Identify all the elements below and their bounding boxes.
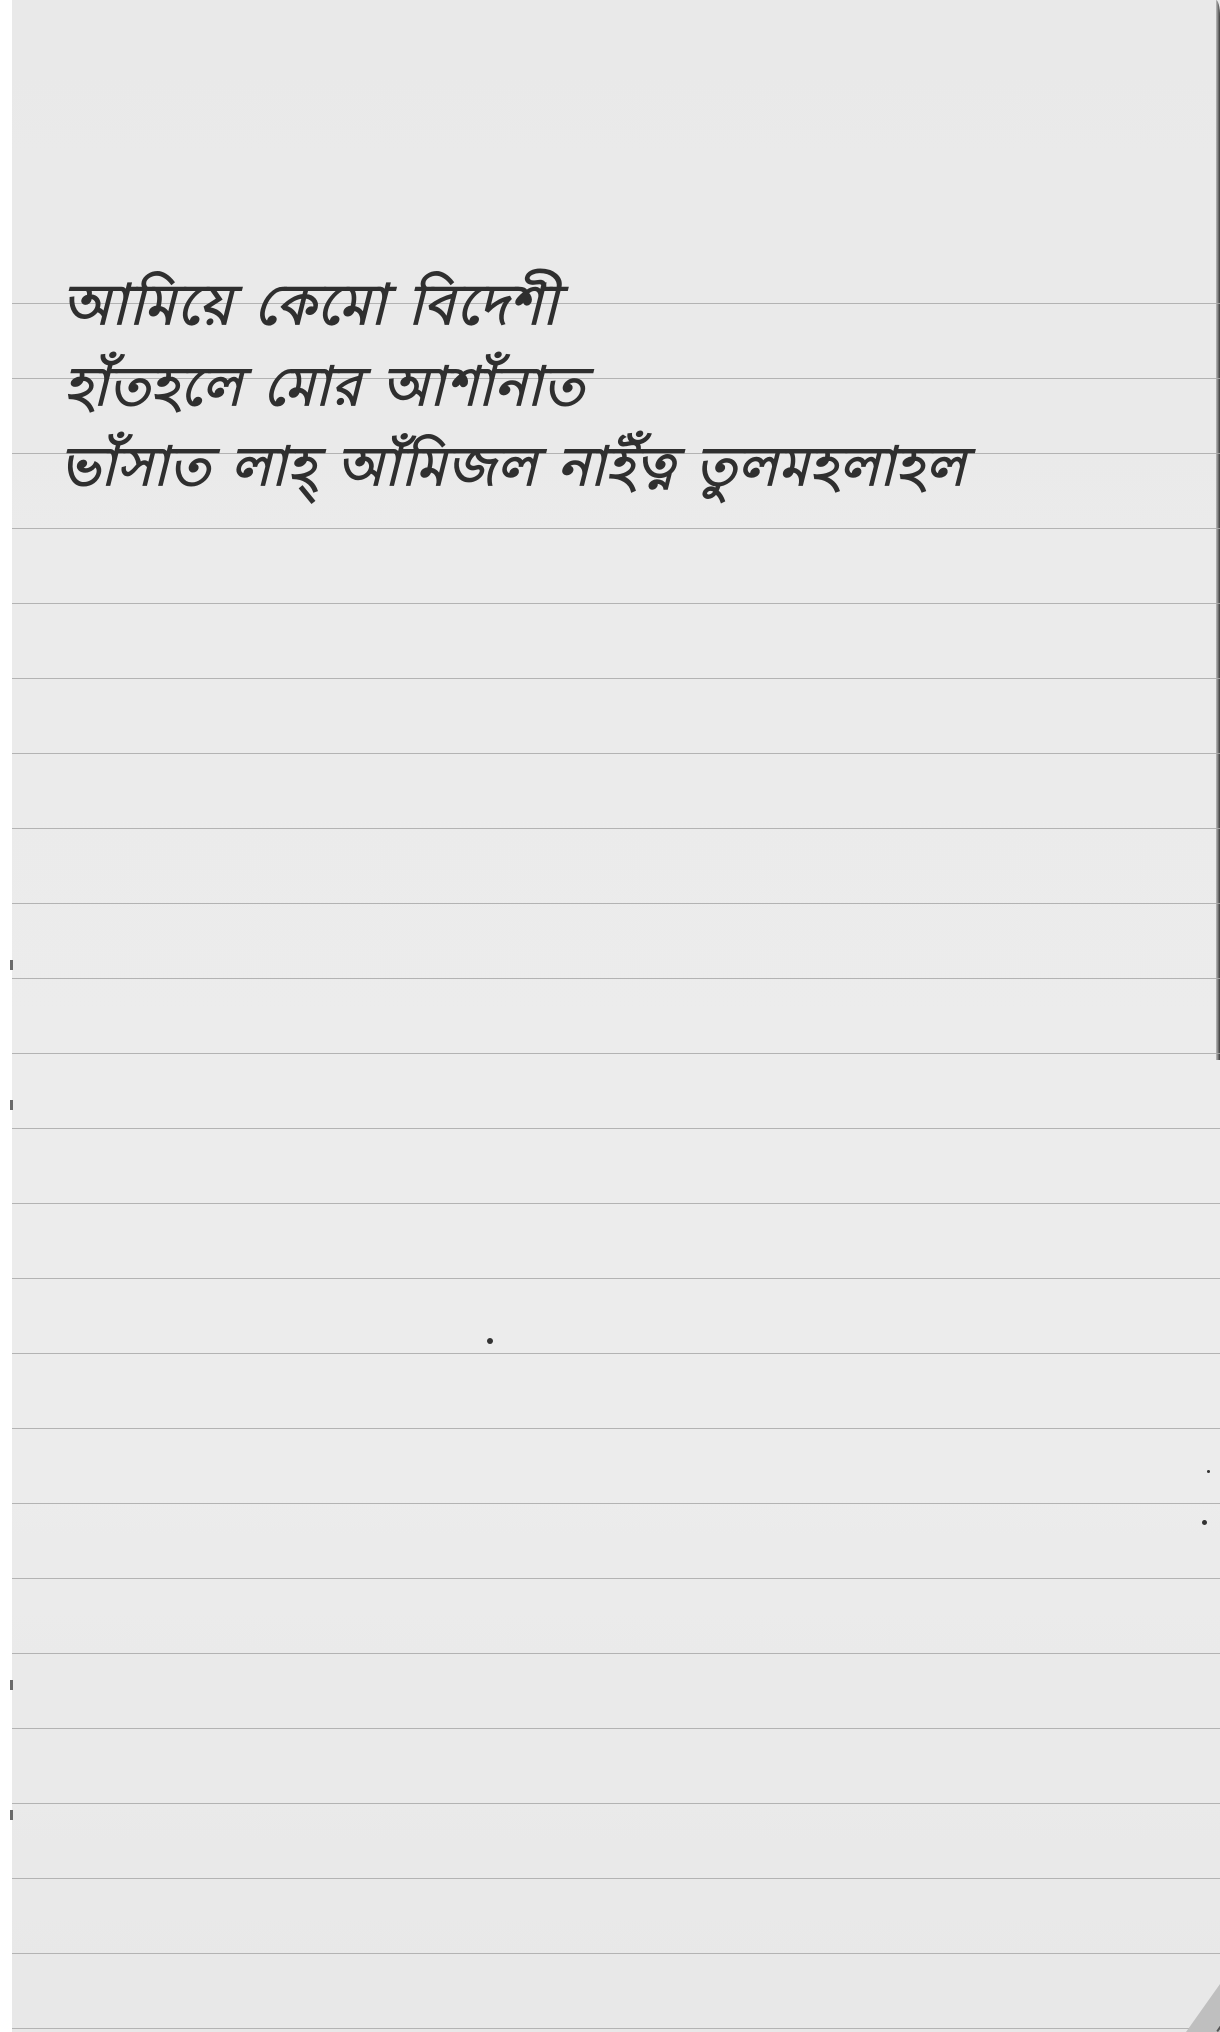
ruled-line: [12, 978, 1220, 979]
ruled-line: [12, 753, 1220, 754]
ruled-line: [12, 903, 1220, 904]
ruled-line: [12, 1128, 1220, 1129]
handwritten-line-3: ভাঁসাত লাহ্ আঁমিজল নাইঁত্ন তুলমহলাহল: [60, 425, 966, 515]
notebook-page: আমিয়ে কেমো বিদেশী হাঁতহলে মোর আশাঁনাত ভ…: [12, 0, 1220, 2032]
handwritten-line-1: আমিয়ে কেমো বিদেশী: [62, 262, 559, 356]
ruled-line: [12, 2028, 1220, 2029]
ruled-line: [12, 1428, 1220, 1429]
handwritten-line-2: হাঁতহলে মোর আশাঁনাত: [64, 345, 585, 435]
ruled-line: [12, 1278, 1220, 1279]
scan-margin: [0, 0, 12, 2032]
ruled-line: [12, 603, 1220, 604]
page-corner-curl: [1186, 1984, 1220, 2032]
ruled-line: [12, 1953, 1220, 1954]
ruled-line: [12, 1728, 1220, 1729]
ruled-line: [12, 1053, 1220, 1054]
ruled-line: [12, 1653, 1220, 1654]
binding-mark: [10, 960, 13, 970]
ruled-line: [12, 1203, 1220, 1204]
ruled-line: [12, 528, 1220, 529]
ruled-line: [12, 1803, 1220, 1804]
ink-speck: [1207, 1470, 1210, 1473]
ruled-line: [12, 678, 1220, 679]
ruled-line: [12, 828, 1220, 829]
binding-mark: [10, 1810, 13, 1820]
ink-speck: [1202, 1520, 1207, 1525]
ruled-line: [12, 1503, 1220, 1504]
binding-mark: [10, 1100, 13, 1110]
ruled-line: [12, 1353, 1220, 1354]
ruled-line: [12, 1578, 1220, 1579]
page-right-edge: [1216, 0, 1220, 1060]
ruled-line: [12, 1878, 1220, 1879]
ink-speck: [487, 1338, 493, 1344]
binding-mark: [10, 1680, 13, 1690]
